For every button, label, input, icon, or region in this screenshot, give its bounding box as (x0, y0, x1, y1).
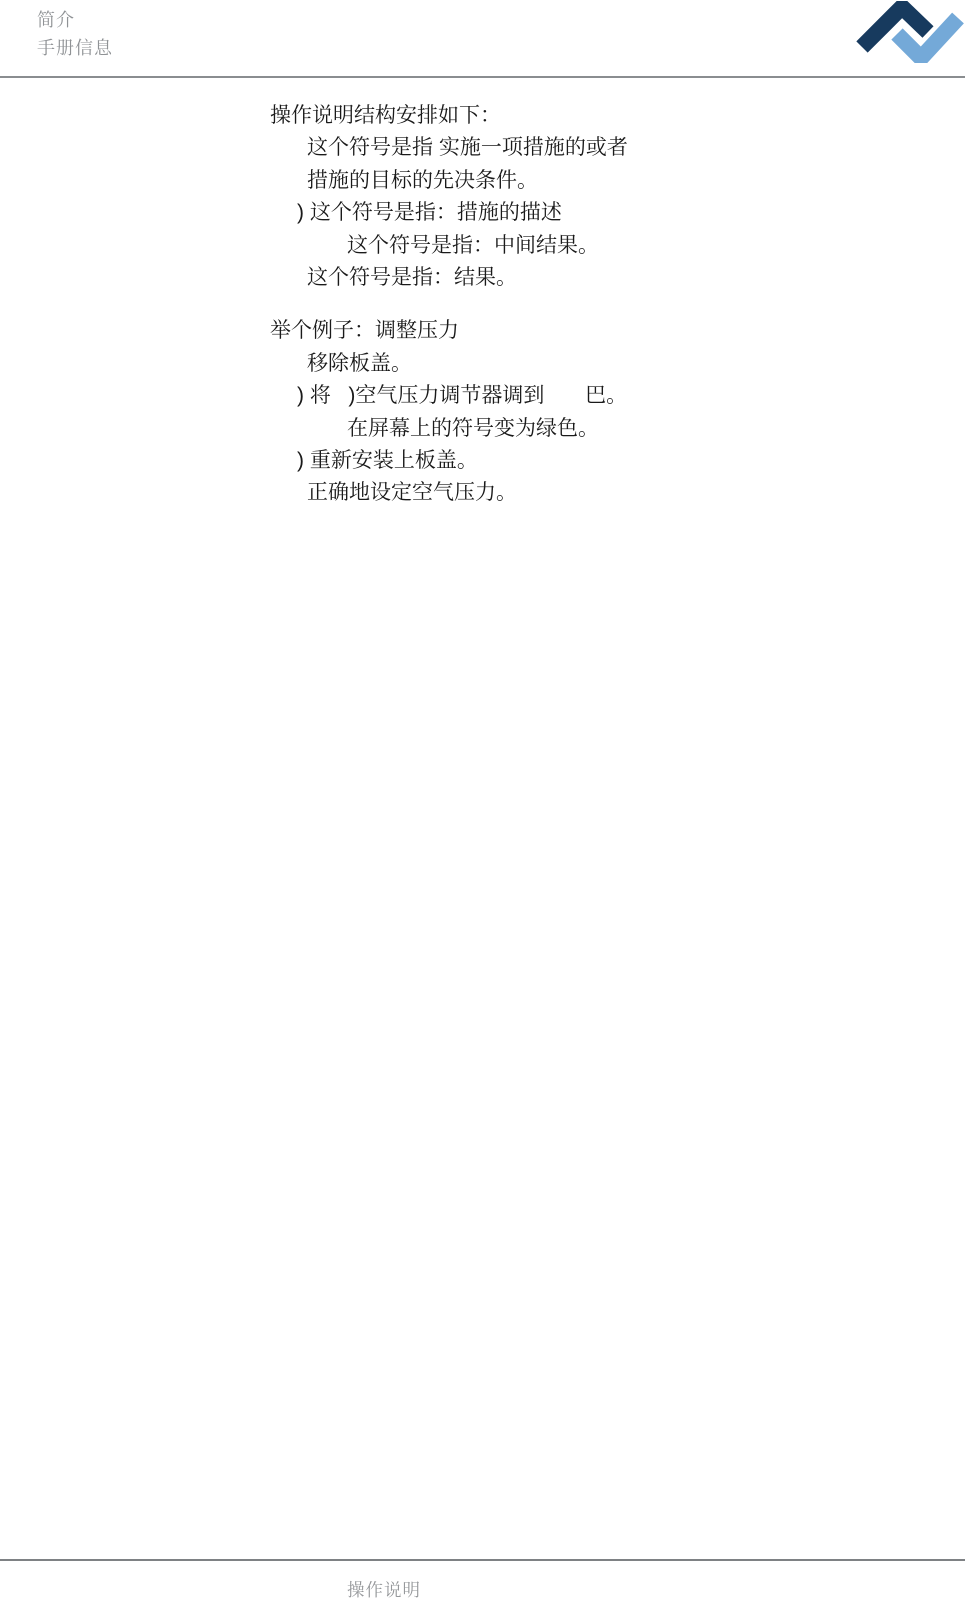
company-logo (854, 1, 964, 63)
text-line: 这个符号是指：中间结果。 (270, 230, 628, 262)
footer-page-title: 操作说明 (347, 1577, 421, 1602)
text-line: 正确地设定空气压力。 (270, 477, 628, 509)
text-line: ) 这个符号是指：措施的描述 (270, 197, 628, 229)
text-line: 操作说明结构安排如下： (270, 100, 628, 132)
header-divider (0, 76, 965, 78)
footer-divider (0, 1559, 965, 1561)
checkmark-logo-icon (854, 1, 964, 63)
instruction-text: 操作说明结构安排如下：这个符号是指 实施一项措施的或者措施的目标的先决条件。) … (270, 100, 628, 510)
text-line: 移除板盖。 (270, 348, 628, 380)
text-line: 在屏幕上的符号变为绿色。 (270, 413, 628, 445)
text-line: 措施的目标的先决条件。 (270, 165, 628, 197)
header-chapter: 简介 (37, 6, 113, 34)
header-section: 手册信息 (37, 34, 113, 62)
manual-page: 简介 手册信息 操作说明结构安排如下：这个符号是指 实施一项措施的或者措施的目标… (0, 0, 965, 1606)
text-line: 举个例子：调整压力 (270, 315, 628, 347)
text-line: 这个符号是指 实施一项措施的或者 (270, 132, 628, 164)
text-line: ) 将 )空气压力调节器调到 巴。 (270, 380, 628, 412)
page-header: 简介 手册信息 (37, 6, 113, 62)
text-line: ) 重新安装上板盖。 (270, 445, 628, 477)
text-line: 这个符号是指：结果。 (270, 262, 628, 294)
